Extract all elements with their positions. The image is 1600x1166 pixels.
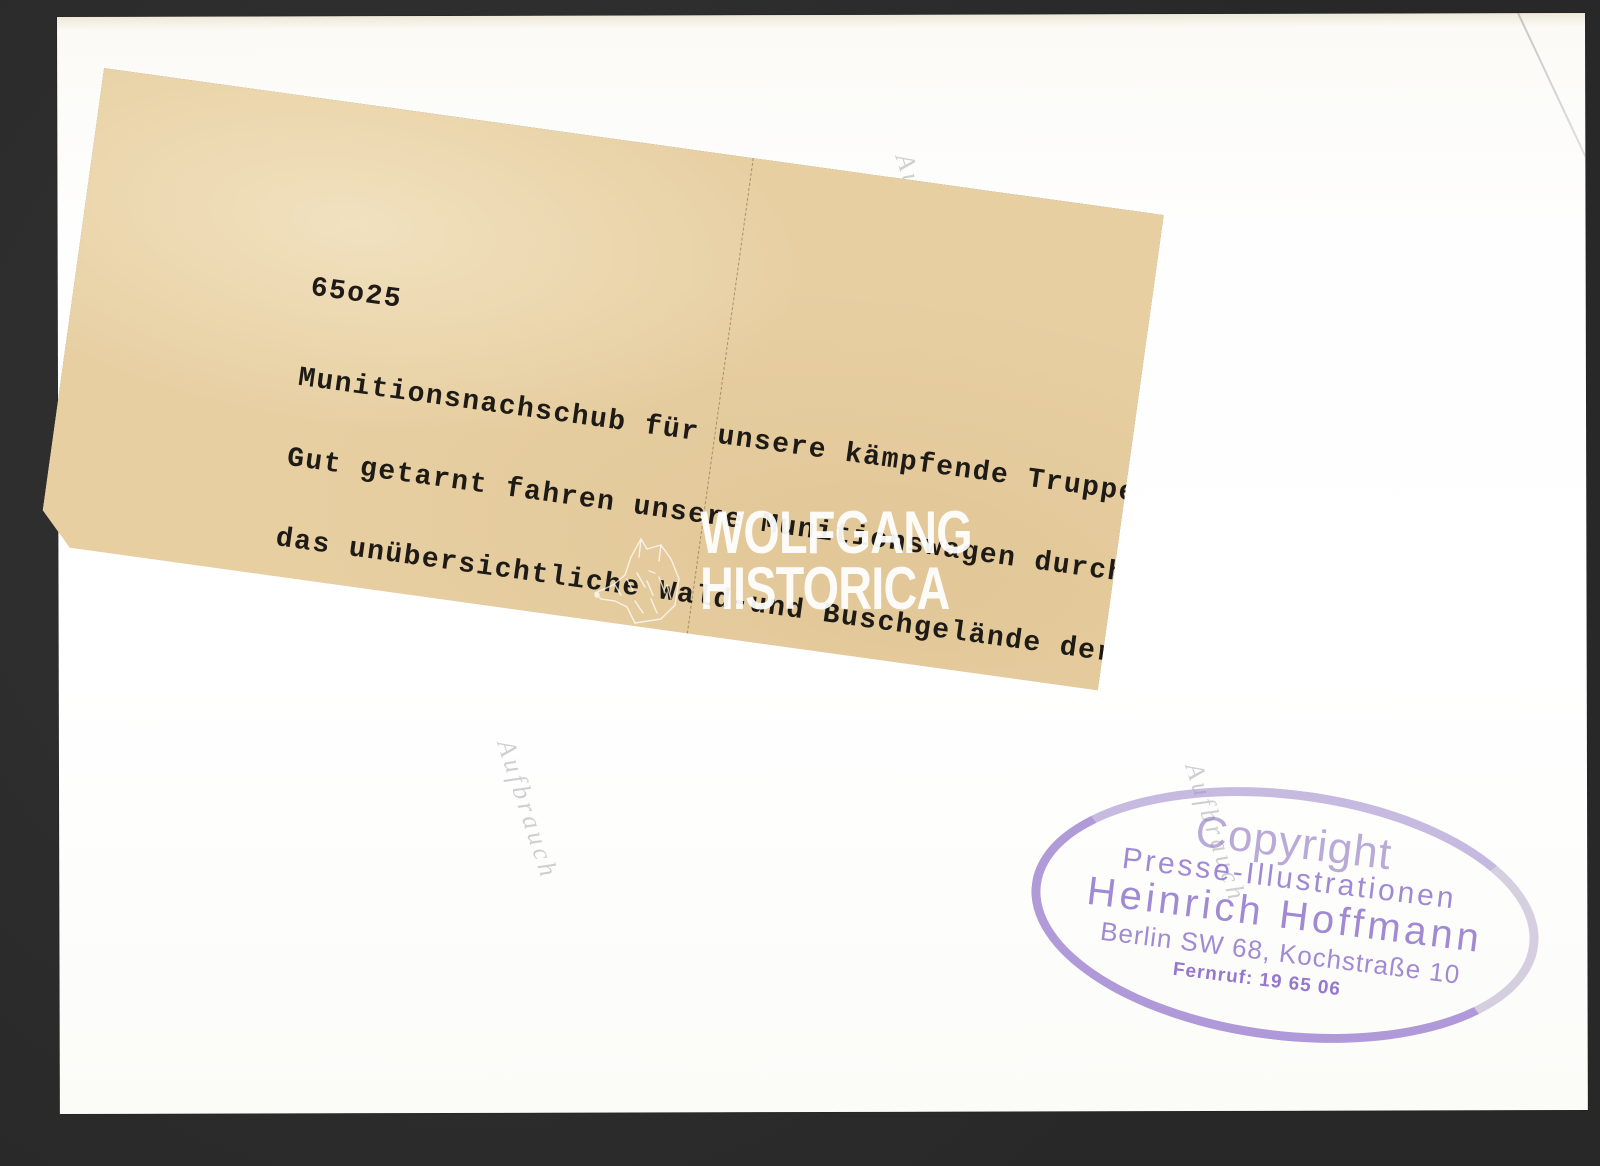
wolf-head-icon	[575, 515, 695, 635]
edge-stain	[57, 13, 1585, 31]
watermark-line: WOLFGANG	[700, 505, 972, 561]
paper-crease	[1517, 13, 1588, 258]
watermark: WOLFGANG HISTORICA	[700, 505, 972, 617]
pencil-annotation: Aufbrauch	[490, 736, 564, 884]
watermark-line: HISTORICA	[700, 561, 972, 617]
